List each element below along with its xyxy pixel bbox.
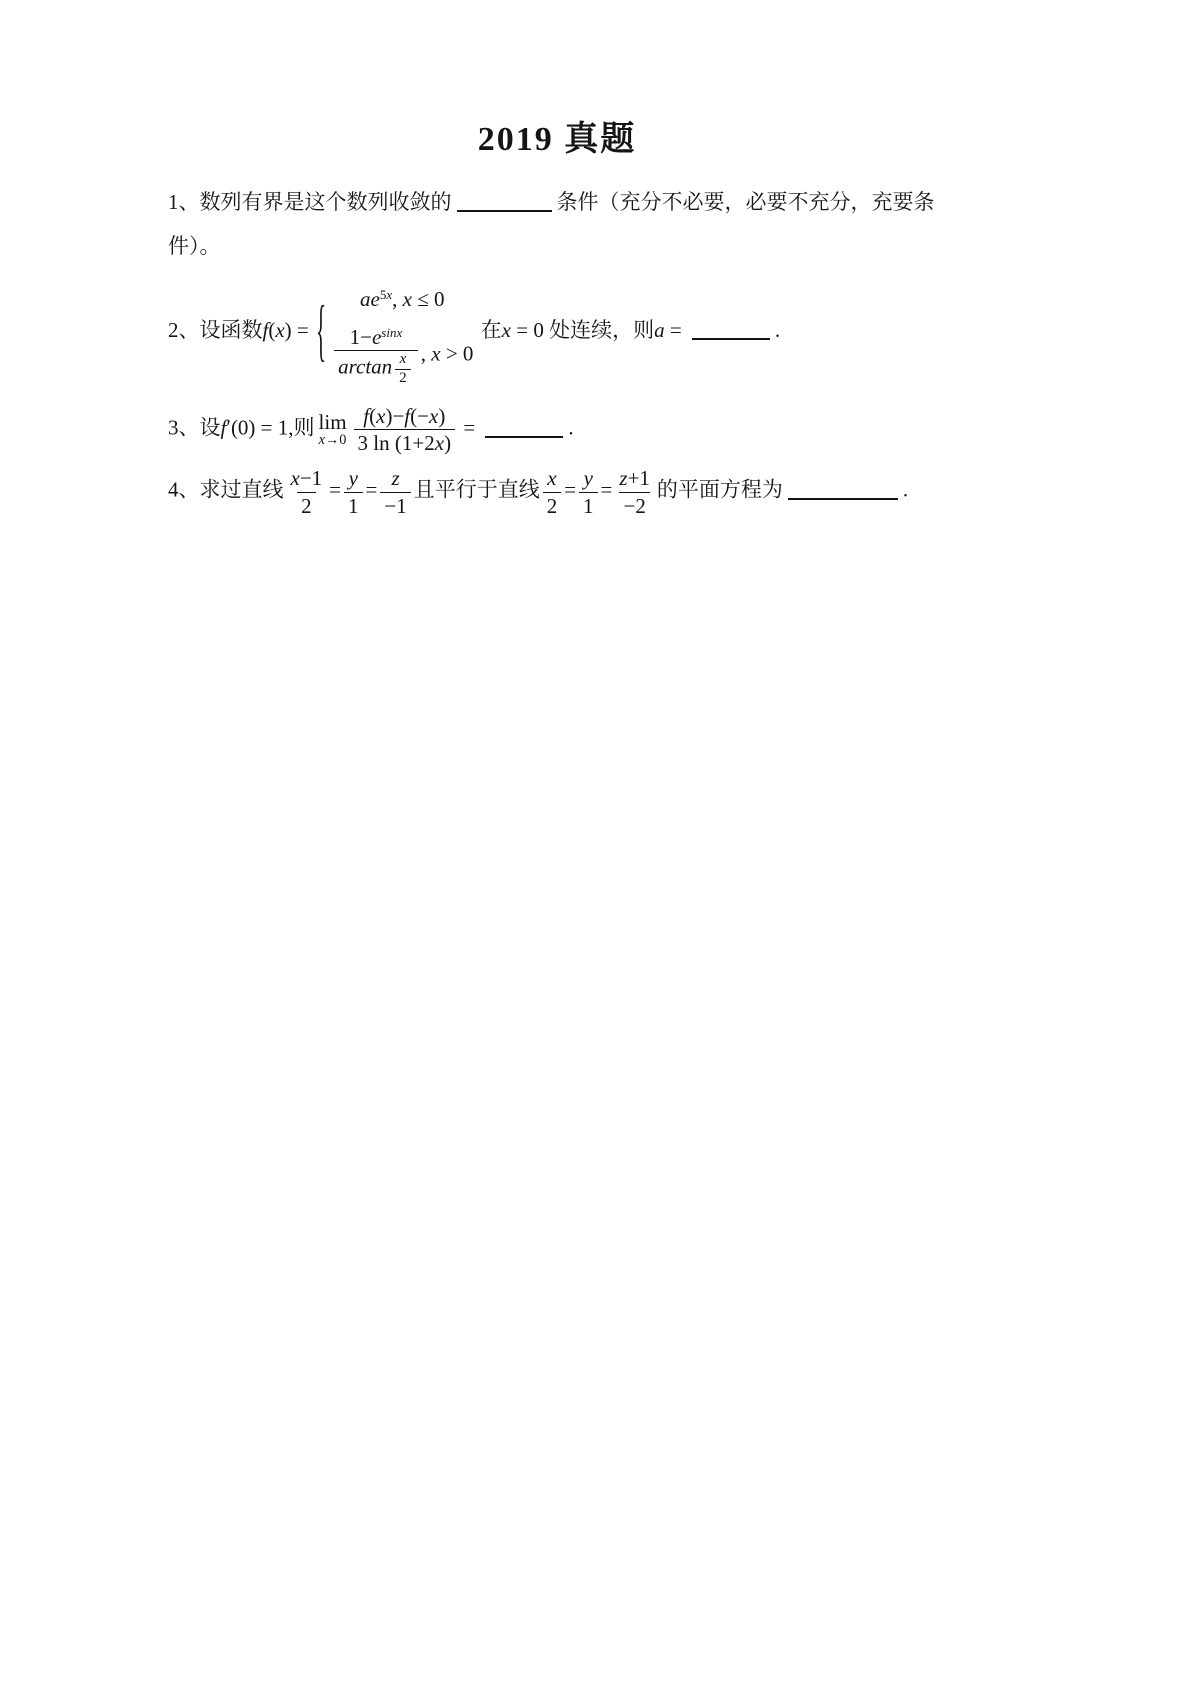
numerator: y <box>345 465 362 491</box>
math-text: , x > 0 <box>421 341 474 365</box>
math-text: x−1 <box>291 466 323 490</box>
denominator: −1 <box>380 492 410 519</box>
math-sym: ) <box>438 404 445 428</box>
math-sym: . <box>903 478 908 502</box>
question-2: 2、设函数f(x) = {ae5x, x ≤ 01−esinxarctanx2,… <box>168 277 946 387</box>
cases-row: 1−esinxarctanx2, x > 0 <box>331 324 473 387</box>
math-text: 2 <box>301 494 312 518</box>
fraction: f(x)−f(−x)3 ln (1+2x) <box>354 403 456 457</box>
math-sym: = <box>601 478 613 502</box>
numerator: x−1 <box>287 465 327 491</box>
limit-operator: limx→0 <box>319 411 347 448</box>
text-cn: 则 <box>294 415 315 439</box>
fraction: x2 <box>543 465 562 519</box>
math-sym: 1 <box>583 494 594 518</box>
math-text: x <box>400 351 407 367</box>
math-var: x <box>403 287 418 311</box>
numerator: x <box>396 351 411 368</box>
math-sym: (− <box>410 404 429 428</box>
limit-word: lim <box>319 411 347 433</box>
cases-group: {ae5x, x ≤ 01−esinxarctanx2, x > 0 <box>316 277 473 387</box>
math-var: z <box>619 466 627 490</box>
text-cn: 4、求过直线 <box>168 478 284 502</box>
math-var: x <box>502 318 517 342</box>
math-var: x <box>291 466 300 490</box>
math-sym: 2 <box>301 494 312 518</box>
math-var: x <box>431 341 446 365</box>
question-3: 3、设f′(0) = 1,则limx→0f(x)−f(−x)3 ln (1+2x… <box>168 403 946 457</box>
math-text: f(x)−f(−x) <box>363 404 445 428</box>
math-text: 2 <box>399 370 407 386</box>
math-sym: ) = <box>285 318 314 342</box>
text-cn: 处连续，则 <box>544 318 654 342</box>
fraction: x2 <box>395 351 411 387</box>
math-text: x = 0 <box>502 318 544 342</box>
math-sym: > 0 <box>446 341 474 365</box>
page-title: 2019 真题 <box>168 116 946 164</box>
math-text: . <box>775 318 780 342</box>
math-text: f′(0) = 1, <box>221 415 294 439</box>
math-sym: ′(0) = 1, <box>226 415 293 439</box>
math-var: x <box>400 351 407 367</box>
numerator: f(x)−f(−x) <box>359 403 449 429</box>
math-var: x <box>547 466 556 490</box>
math-text: y <box>584 466 593 490</box>
exam-content: 2019 真题 1、数列有界是这个数列收敛的条件（充分不必要，必要不充分，充要条… <box>168 116 946 528</box>
limit-under: x→0 <box>319 433 347 448</box>
math-var: z <box>391 466 399 490</box>
math-var: y <box>349 466 358 490</box>
math-sym: = <box>564 478 576 502</box>
math-sym: = <box>329 478 341 502</box>
numerator: z <box>387 465 403 491</box>
math-text: = <box>601 478 613 502</box>
math-text: (1+2x) <box>395 431 451 455</box>
numerator: 1−esinx <box>346 324 407 350</box>
math-sym: +1 <box>628 466 650 490</box>
math-var: sinx <box>381 325 402 340</box>
math-text: = <box>564 478 576 502</box>
math-text: 1−e <box>350 325 382 349</box>
math-sym: = 0 <box>516 318 544 342</box>
answer-blank <box>485 416 563 438</box>
math-text: arctan <box>338 355 392 379</box>
fraction: y1 <box>579 465 598 519</box>
math-sym: −1 <box>300 466 322 490</box>
denominator: 2 <box>297 492 316 519</box>
math-text: 5x <box>380 287 392 302</box>
math-roman: ln <box>373 431 395 455</box>
text-cn: 2、设函数 <box>168 318 263 342</box>
text-cn: 在 <box>475 318 501 342</box>
math-text: sinx <box>381 325 402 340</box>
question-1: 1、数列有界是这个数列收敛的条件（充分不必要，必要不充分，充要条件）。 <box>168 180 946 268</box>
math-sym: , <box>421 341 432 365</box>
math-text: z <box>391 466 399 490</box>
math-text: 1 <box>583 494 594 518</box>
denominator: arctanx2 <box>334 350 418 387</box>
math-text: −2 <box>623 494 645 518</box>
denominator: 2 <box>395 369 411 387</box>
math-text: = <box>458 415 480 439</box>
math-sym: , <box>392 287 403 311</box>
text-cn: 1、数列有界是这个数列收敛的 <box>168 190 452 214</box>
math-sym: 1− <box>350 325 372 349</box>
math-sym: = <box>458 415 480 439</box>
fraction: z+1−2 <box>615 465 654 519</box>
math-var: y <box>584 466 593 490</box>
superscript: 5x <box>380 287 392 302</box>
text-cn: 且平行于直线 <box>414 478 540 502</box>
math-sym: −2 <box>623 494 645 518</box>
math-text: , x ≤ 0 <box>392 287 444 311</box>
question-4: 4、求过直线x−12=y1=z−1且平行于直线x2=y1=z+1−2的平面方程为… <box>168 465 946 519</box>
denominator: 1 <box>344 492 363 519</box>
math-text: f(x) = <box>263 318 315 342</box>
math-var: x <box>429 404 438 428</box>
math-var: ae <box>360 287 380 311</box>
math-text: z+1 <box>619 466 650 490</box>
math-sym: ≤ 0 <box>417 287 444 311</box>
denominator: 2 <box>543 492 562 519</box>
fraction: x−12 <box>287 465 327 519</box>
question-list: 1、数列有界是这个数列收敛的条件（充分不必要，必要不充分，充要条件）。2、设函数… <box>168 180 946 519</box>
math-sym: ) <box>444 431 451 455</box>
math-text: = <box>366 478 378 502</box>
math-sym: 1 <box>348 494 359 518</box>
stretched-brace: { <box>316 297 326 366</box>
cases-row: ae5x, x ≤ 0 <box>360 277 444 321</box>
answer-blank <box>788 478 898 500</box>
math-text: = <box>329 478 341 502</box>
answer-blank <box>692 318 770 340</box>
math-sym: →0 <box>325 432 346 448</box>
fraction: z−1 <box>380 465 410 519</box>
math-text: a = <box>654 318 687 342</box>
math-sym: )− <box>385 404 404 428</box>
math-text: x <box>547 466 556 490</box>
math-sym: 2 <box>399 370 407 386</box>
numerator: x <box>543 465 560 491</box>
math-sym: 2 <box>547 494 558 518</box>
math-text: −1 <box>384 494 406 518</box>
math-sym: = <box>670 318 687 342</box>
numerator: y <box>580 465 597 491</box>
math-var: a <box>654 318 670 342</box>
fraction: y1 <box>344 465 363 519</box>
math-sym: (1+2 <box>395 431 435 455</box>
math-text: y <box>349 466 358 490</box>
cases-rows: ae5x, x ≤ 01−esinxarctanx2, x > 0 <box>331 277 473 387</box>
text-cn: 3、设 <box>168 415 221 439</box>
math-text: . <box>568 415 573 439</box>
text-cn: 的平面方程为 <box>657 478 783 502</box>
math-text: 1 <box>348 494 359 518</box>
superscript: sinx <box>381 325 402 340</box>
math-text: ae <box>360 287 380 311</box>
math-var: x <box>275 318 284 342</box>
math-text: 3 <box>358 431 374 455</box>
denominator: 3 ln (1+2x) <box>354 429 456 456</box>
math-sym: = <box>366 478 378 502</box>
math-text: 2 <box>547 494 558 518</box>
math-sym: 3 <box>358 431 374 455</box>
denominator: −2 <box>619 492 649 519</box>
numerator: z+1 <box>615 465 654 491</box>
math-sym: . <box>568 415 573 439</box>
math-sym: . <box>775 318 780 342</box>
denominator: 1 <box>579 492 598 519</box>
math-sym: −1 <box>384 494 406 518</box>
math-text: . <box>903 478 908 502</box>
fraction: 1−esinxarctanx2 <box>334 324 418 387</box>
math-var: x <box>435 431 444 455</box>
answer-blank <box>457 190 552 212</box>
document-page: 2019 真题 1、数列有界是这个数列收敛的条件（充分不必要，必要不充分，充要条… <box>0 0 1190 1683</box>
math-var: e <box>372 325 381 349</box>
math-var: arctan <box>338 355 392 379</box>
